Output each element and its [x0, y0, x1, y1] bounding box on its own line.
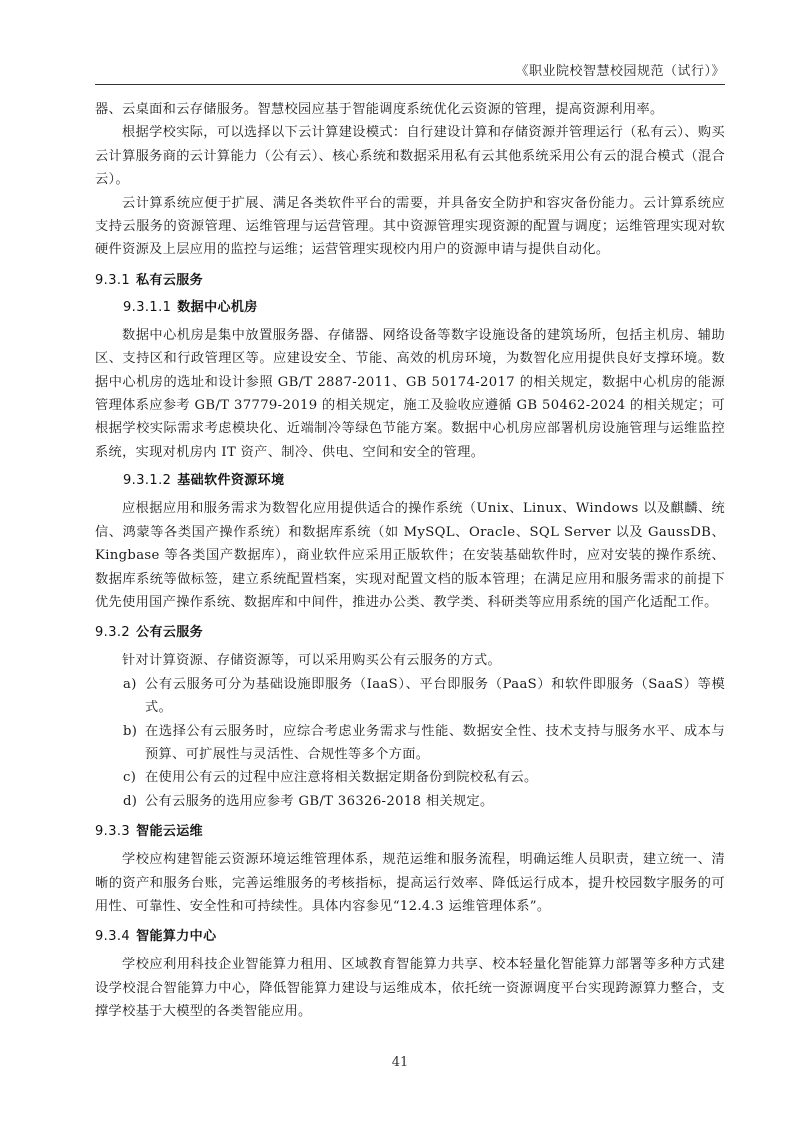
section-9-3-1-2-paragraph: 应根据应用和服务需求为数智化应用提供适合的操作系统（Unix、Linux、Win…: [95, 497, 725, 614]
list-item-text: 公有云服务的选用应参考 GB/T 36326-2018 相关规定。: [145, 794, 494, 809]
section-title: 基础软件资源环境: [177, 473, 284, 488]
section-heading-9-3-3: 9.3.3智能云运维: [95, 822, 725, 842]
section-number: 9.3.2: [95, 625, 130, 640]
section-number: 9.3.4: [95, 929, 130, 944]
section-title: 私有云服务: [136, 273, 203, 288]
list-marker: b): [123, 720, 137, 743]
section-heading-9-3-1-1: 9.3.1.1数据中心机房: [123, 298, 725, 318]
list-item-text: 在使用公有云的过程中应注意将相关数据定期备份到院校私有云。: [145, 770, 538, 785]
section-number: 9.3.1.1: [123, 300, 171, 315]
intro-paragraph-2: 根据学校实际，可以选择以下云计算建设模式：自行建设计算和存储资源并管理运行（私有…: [95, 121, 725, 191]
list-item: c)在使用公有云的过程中应注意将相关数据定期备份到院校私有云。: [95, 766, 725, 789]
section-number: 9.3.1: [95, 273, 130, 288]
intro-paragraph-1: 器、云桌面和云存储服务。智慧校园应基于智能调度系统优化云资源的管理，提高资源利用…: [95, 98, 725, 121]
page-number: 41: [0, 1055, 800, 1070]
section-9-3-3-paragraph: 学校应构建智能云资源环境运维管理体系，规范运维和服务流程，明确运维人员职责，建立…: [95, 848, 725, 918]
header-rule: [95, 84, 725, 85]
section-title: 数据中心机房: [177, 300, 257, 315]
list-item: d)公有云服务的选用应参考 GB/T 36326-2018 相关规定。: [95, 790, 725, 813]
list-marker: a): [123, 673, 137, 696]
list-item: b)在选择公有云服务时，应综合考虑业务需求与性能、数据安全性、技术支持与服务水平…: [95, 720, 725, 767]
section-9-3-4-paragraph: 学校应利用科技企业智能算力租用、区域教育智能算力共享、校本轻量化智能算力部署等多…: [95, 953, 725, 1023]
section-title: 公有云服务: [136, 625, 203, 640]
list-marker: d): [123, 790, 137, 813]
section-number: 9.3.1.2: [123, 473, 171, 488]
section-number: 9.3.3: [95, 824, 130, 839]
intro-paragraph-3: 云计算系统应便于扩展、满足各类软件平台的需要，并具备安全防护和容灾备份能力。云计…: [95, 192, 725, 262]
list-marker: c): [123, 766, 136, 789]
section-heading-9-3-4: 9.3.4智能算力中心: [95, 927, 725, 947]
section-title: 智能算力中心: [136, 929, 216, 944]
list-item: a)公有云服务可分为基础设施即服务（IaaS）、平台即服务（PaaS）和软件即服…: [95, 673, 725, 720]
public-cloud-list: a)公有云服务可分为基础设施即服务（IaaS）、平台即服务（PaaS）和软件即服…: [95, 673, 725, 813]
page-content: 器、云桌面和云存储服务。智慧校园应基于智能调度系统优化云资源的管理，提高资源利用…: [95, 98, 725, 1024]
section-9-3-1-1-paragraph: 数据中心机房是集中放置服务器、存储器、网络设备等数字设施设备的建筑场所，包括主机…: [95, 324, 725, 464]
section-title: 智能云运维: [136, 824, 203, 839]
section-9-3-2-intro: 针对计算资源、存储资源等，可以采用购买公有云服务的方式。: [95, 649, 725, 672]
section-heading-9-3-1-2: 9.3.1.2基础软件资源环境: [123, 471, 725, 491]
document-page: 《职业院校智慧校园规范（试行）》 器、云桌面和云存储服务。智慧校园应基于智能调度…: [0, 0, 800, 1131]
section-heading-9-3-2: 9.3.2公有云服务: [95, 623, 725, 643]
running-header: 《职业院校智慧校园规范（试行）》: [95, 63, 725, 81]
section-heading-9-3-1: 9.3.1私有云服务: [95, 271, 725, 291]
list-item-text: 在选择公有云服务时，应综合考虑业务需求与性能、数据安全性、技术支持与服务水平、成…: [145, 724, 725, 762]
list-item-text: 公有云服务可分为基础设施即服务（IaaS）、平台即服务（PaaS）和软件即服务（…: [145, 677, 725, 715]
